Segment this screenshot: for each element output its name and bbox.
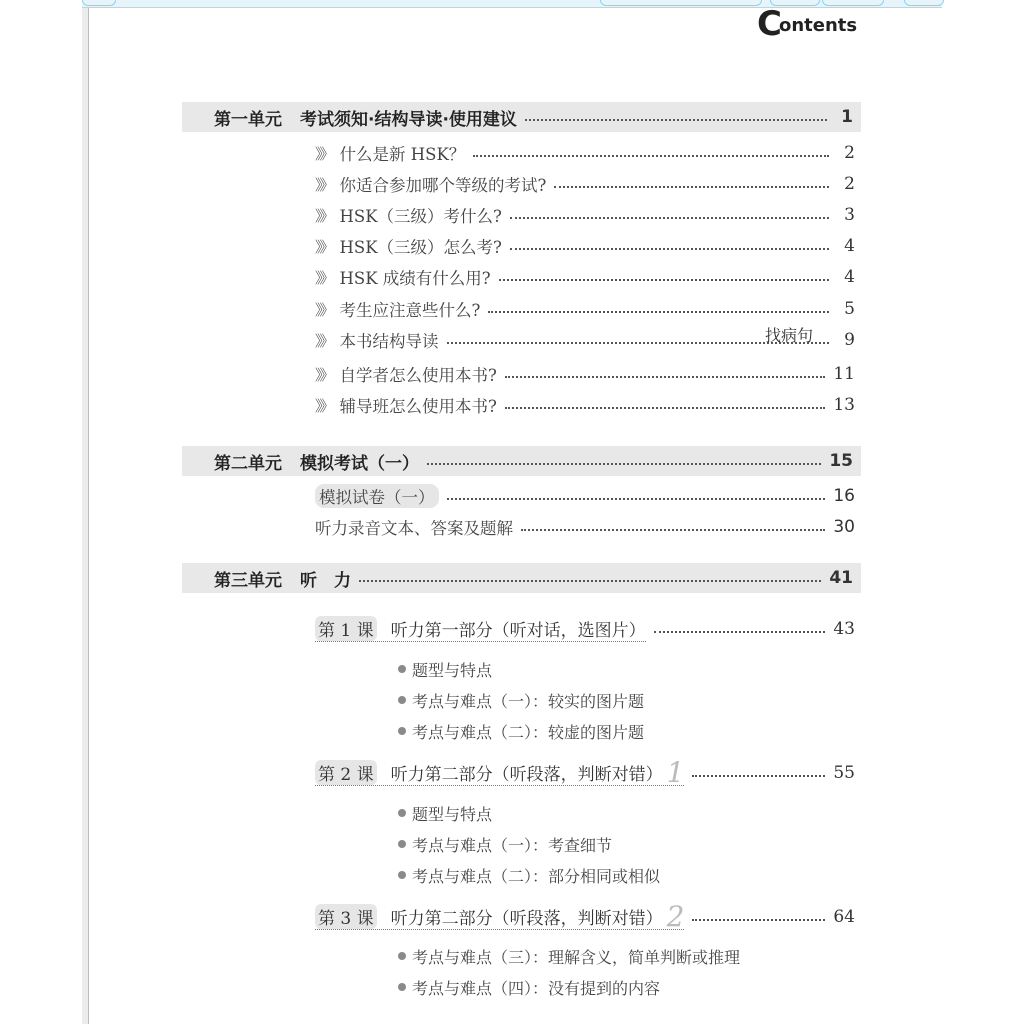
page-number: 2 [837,143,855,163]
unit-title: 听 力 [300,566,351,591]
contents-heading-initial: C [757,4,782,44]
bullet-text: 考点与难点（一）：考查细节 [412,833,612,856]
page-number: 9 [837,330,855,350]
lesson-heading: 第 3 课 听力第二部分（听段落，判断对错） 2 [315,904,684,930]
lesson-bullet: 考点与难点（三）：理解含义，简单判断或推理 [398,944,740,968]
toc-item-text: 什么是新 HSK？ [340,141,466,165]
toc-lesson-3[interactable]: 第 3 课 听力第二部分（听段落，判断对错） 2 64 [315,903,855,931]
unit-label: 第三单元 [182,566,300,591]
bullet-dot-icon [398,983,406,991]
toc-item-text: 你适合参加哪个等级的考试? [340,172,547,196]
lesson-number: 第 1 课 [315,616,377,641]
toc-item-text: 听力录音文本、答案及题解 [315,515,513,539]
toolbar-tab[interactable] [904,0,944,6]
bullet-dot-icon [398,952,406,960]
lesson-bullet: 题型与特点 [398,657,492,681]
contents-heading-rest: ontents [779,15,857,36]
page-number: 55 [833,763,855,783]
dot-leader [521,529,825,531]
chevron-mark-icon: 》》 [315,236,332,257]
toc-item[interactable]: 模拟试卷（一） 16 [315,483,855,509]
unit-title: 考试须知·结构导读·使用建议 [300,105,517,130]
lesson-bullet: 考点与难点（一）：较实的图片题 [398,688,644,712]
toc-item[interactable]: 》》 什么是新 HSK？ 2 [315,140,855,166]
lesson-bullet: 考点与难点（一）：考查细节 [398,832,612,856]
bullet-dot-icon [398,809,406,817]
contents-heading: Contents [757,0,857,40]
toc-item-text: 模拟试卷（一） [315,484,439,508]
page-number: 16 [833,486,855,506]
toc-item[interactable]: 》》 HSK（三级）怎么考? 4 [315,233,855,259]
toc-item-text: HSK（三级）考什么? [340,203,502,227]
toc-unit-2[interactable]: 第二单元 模拟考试（一） 15 [182,446,861,476]
bullet-text: 考点与难点（二）：较虚的图片题 [412,720,644,743]
lesson-number: 第 2 课 [315,760,377,785]
bullet-dot-icon [398,840,406,848]
handwritten-annotation: 找病句 [765,323,813,346]
page-number: 2 [837,174,855,194]
dot-leader [510,248,829,250]
dot-leader [692,919,825,921]
lesson-title: 听力第二部分（听段落，判断对错） [391,904,663,929]
toc-item[interactable]: 》》 你适合参加哪个等级的考试? 2 [315,171,855,197]
dot-leader [359,580,821,582]
toc-item[interactable]: 》》 自学者怎么使用本书? 11 [315,361,855,387]
toc-item-text: HSK 成绩有什么用? [340,265,491,289]
page-number: 1 [835,107,861,127]
toc-item-text: 自学者怎么使用本书? [340,362,497,386]
toc-lesson-1[interactable]: 第 1 课 听力第一部分（听对话，选图片） 43 [315,615,855,643]
dot-leader [654,631,826,633]
lesson-bullet: 考点与难点（二）：部分相同或相似 [398,863,660,887]
chevron-mark-icon: 》》 [315,330,332,351]
bullet-dot-icon [398,871,406,879]
bullet-text: 题型与特点 [412,802,492,825]
page-number: 4 [837,267,855,287]
page-number: 3 [837,205,855,225]
toc-item[interactable]: 》》 考生应注意些什么? 5 [315,296,855,322]
bullet-text: 考点与难点（二）：部分相同或相似 [412,864,660,887]
toc-item[interactable]: 》》 辅导班怎么使用本书? 13 [315,392,855,418]
dot-leader [488,311,829,313]
unit-label: 第一单元 [182,105,300,130]
bullet-dot-icon [398,696,406,704]
dot-leader [447,498,826,500]
toc-item-text: HSK（三级）怎么考? [340,234,502,258]
page-number: 41 [829,568,861,588]
lesson-heading: 第 2 课 听力第二部分（听段落，判断对错） 1 [315,760,684,786]
toc-unit-1[interactable]: 第一单元 考试须知·结构导读·使用建议 1 [182,102,861,132]
chevron-mark-icon: 》》 [315,205,332,226]
dot-leader [525,119,827,121]
toc-item-text: 考生应注意些什么? [340,297,481,321]
page-number: 43 [833,619,855,639]
bullet-text: 考点与难点（一）：较实的图片题 [412,689,644,712]
lesson-number: 第 3 课 [315,904,377,929]
bullet-text: 题型与特点 [412,658,492,681]
lesson-bullet: 考点与难点（四）：没有提到的内容 [398,975,660,999]
chevron-mark-icon: 》》 [315,299,332,320]
page-number: 64 [833,907,855,927]
toc-item[interactable]: 》》 HSK 成绩有什么用? 4 [315,264,855,290]
lesson-bullet: 考点与难点（二）：较虚的图片题 [398,719,644,743]
dot-leader [510,217,829,219]
chevron-mark-icon: 》》 [315,143,332,164]
part-marker: 2 [667,907,685,927]
unit-title: 模拟考试（一） [300,449,419,474]
page-number: 4 [837,236,855,256]
dot-leader [473,155,829,157]
bullet-text: 考点与难点（三）：理解含义，简单判断或推理 [412,945,740,968]
part-marker: 1 [667,763,685,783]
toc-item-text: 本书结构导读 [340,328,439,352]
toc-item[interactable]: 》》 HSK（三级）考什么? 3 [315,202,855,228]
dot-leader [692,775,825,777]
page-number: 30 [833,517,855,537]
toc-lesson-2[interactable]: 第 2 课 听力第二部分（听段落，判断对错） 1 55 [315,759,855,787]
toolbar-tab[interactable] [82,0,116,6]
chevron-mark-icon: 》》 [315,267,332,288]
unit-label: 第二单元 [182,449,300,474]
dot-leader [427,463,821,465]
page-number: 5 [837,299,855,319]
lesson-title: 听力第一部分（听对话，选图片） [391,616,646,641]
toolbar-tab[interactable] [600,0,762,6]
bullet-dot-icon [398,727,406,735]
toc-unit-3[interactable]: 第三单元 听 力 41 [182,563,861,593]
chevron-mark-icon: 》》 [315,174,332,195]
dot-leader [505,376,825,378]
bullet-dot-icon [398,665,406,673]
page-left-gutter [82,8,89,1024]
dot-leader [554,186,829,188]
bullet-text: 考点与难点（四）：没有提到的内容 [412,976,660,999]
page-number: 15 [829,451,861,471]
chevron-mark-icon: 》》 [315,364,332,385]
toc-item[interactable]: 听力录音文本、答案及题解 30 [315,514,855,540]
dot-leader [505,407,825,409]
page-number: 11 [833,364,855,384]
page-number: 13 [833,395,855,415]
chevron-mark-icon: 》》 [315,395,332,416]
toc-item-text: 辅导班怎么使用本书? [340,393,497,417]
lesson-heading: 第 1 课 听力第一部分（听对话，选图片） [315,616,646,642]
dot-leader [499,279,829,281]
lesson-bullet: 题型与特点 [398,801,492,825]
lesson-title: 听力第二部分（听段落，判断对错） [391,760,663,785]
